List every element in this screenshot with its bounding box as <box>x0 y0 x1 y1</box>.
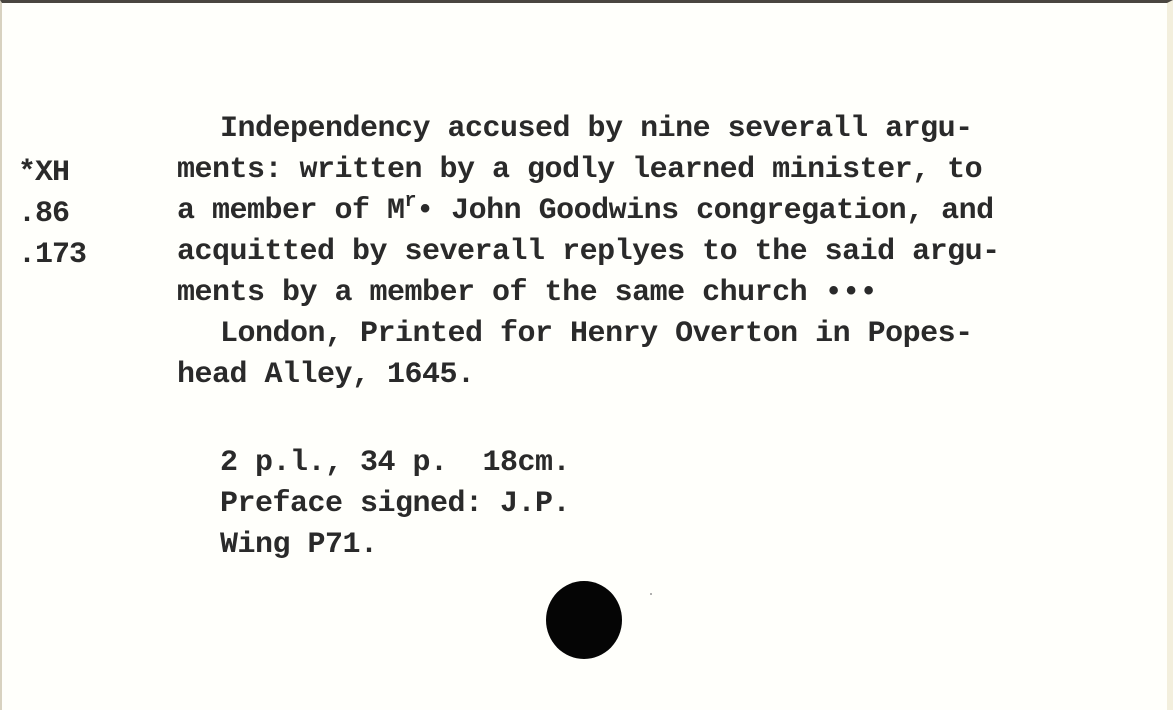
collation-notes: 2 p.l., 34 p. 18cm. Preface signed: J.P.… <box>220 443 570 566</box>
title-text: a member of M <box>177 194 405 228</box>
title-line: acquitted by severall replyes to the sai… <box>177 232 1137 273</box>
note-line: Wing P71. <box>220 525 570 566</box>
paper-speck <box>650 593 652 595</box>
title-line: Independency accused by nine severall ar… <box>177 109 1137 150</box>
imprint-line: head Alley, 1645. <box>177 355 1137 396</box>
title-text: • John Goodwins congregation, and <box>416 194 994 228</box>
title-line: ments by a member of the same church ••• <box>177 273 1137 314</box>
note-line: Preface signed: J.P. <box>220 484 570 525</box>
collation-line: 2 p.l., 34 p. 18cm. <box>220 443 570 484</box>
title-line: a member of Mr• John Goodwins congregati… <box>177 191 1137 232</box>
superscript: r <box>405 190 417 213</box>
punch-hole <box>546 581 622 659</box>
imprint-line: London, Printed for Henry Overton in Pop… <box>177 314 1137 355</box>
call-number-line: *XH <box>18 153 86 194</box>
bibliographic-description: Independency accused by nine severall ar… <box>177 109 1137 396</box>
catalog-card: *XH .86 .173 Independency accused by nin… <box>0 0 1173 710</box>
title-line: ments: written by a godly learned minist… <box>177 150 1137 191</box>
call-number-line: .86 <box>18 194 86 235</box>
call-number: *XH .86 .173 <box>18 153 86 276</box>
call-number-line: .173 <box>18 235 86 276</box>
